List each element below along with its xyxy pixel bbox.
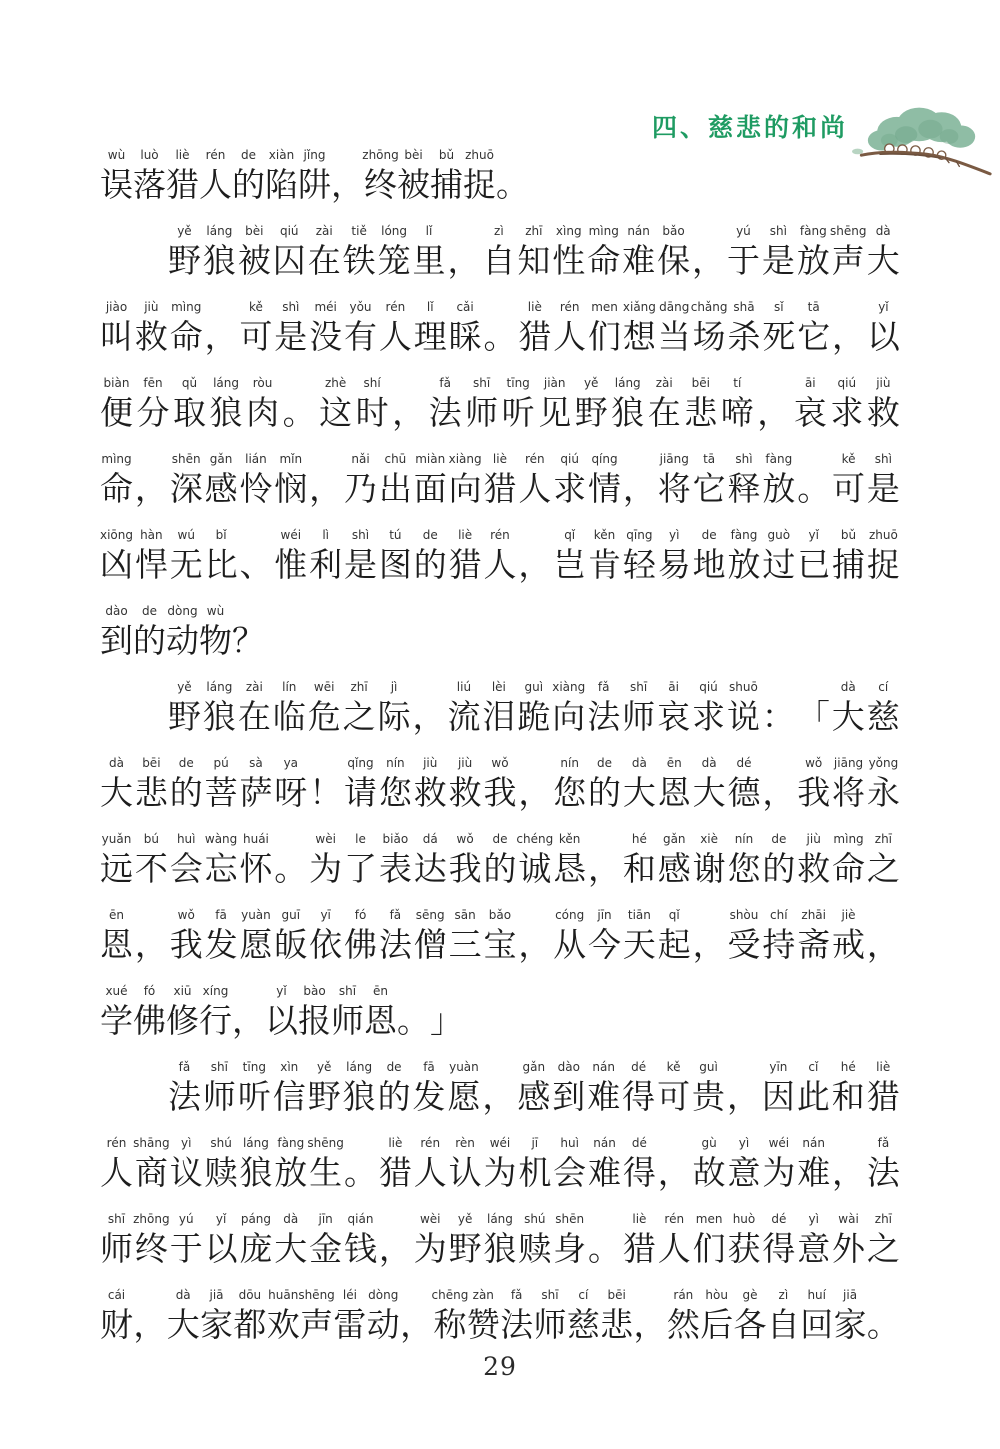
pinyin-annotation: huì [177, 832, 196, 847]
ruby-char: yě野 [168, 680, 201, 739]
chinese-character: 野 [449, 1227, 482, 1271]
pinyin-annotation: dà [283, 1212, 298, 1227]
ruby-char: qǐ起 [658, 908, 691, 967]
pinyin-annotation: nán [802, 1136, 825, 1151]
ruby-char: jiàn见 [538, 376, 571, 435]
ruby-char: de的 [414, 528, 447, 587]
ruby-char: láng狼 [611, 376, 644, 435]
chinese-character: 见 [538, 391, 571, 435]
chinese-character: 性 [552, 239, 585, 283]
pinyin-annotation: jiù [458, 756, 472, 771]
pinyin-annotation: qiú [699, 680, 718, 695]
ruby-char: shēng声 [300, 1288, 333, 1347]
ruby-char: bào报 [298, 984, 331, 1043]
ruby-char: shòu受 [727, 908, 760, 967]
chinese-character: 学 [100, 999, 133, 1043]
chinese-character: 远 [100, 847, 133, 891]
pinyin-annotation: dé [736, 756, 751, 771]
chinese-character: 法 [867, 1151, 900, 1195]
pinyin-annotation: wèi [420, 1212, 441, 1227]
pinyin-annotation: de [387, 1060, 402, 1075]
pinyin-annotation: fǎ [878, 1136, 890, 1151]
pinyin-annotation: dà [109, 756, 124, 771]
chinese-character: 误 [100, 163, 133, 207]
chinese-character: 发 [205, 923, 238, 967]
pinyin-annotation: jiàn [544, 376, 566, 391]
ruby-char: yǐ以 [867, 300, 900, 359]
chinese-character: 三 [449, 923, 482, 967]
pinyin-annotation: wù [108, 148, 125, 163]
pinyin-annotation: de [702, 528, 717, 543]
pinyin-annotation: zhuō [465, 148, 494, 163]
ruby-char: lín临 [273, 680, 306, 739]
chinese-character: 释 [727, 467, 760, 511]
pinyin-annotation: dá [423, 832, 438, 847]
ruby-char: láng狼 [203, 224, 236, 283]
ruby-char: léi雷 [333, 1288, 366, 1347]
ruby-char: chū出 [379, 452, 412, 511]
chinese-character: 」 [430, 999, 463, 1043]
chinese-character: 永 [867, 771, 900, 815]
ruby-char: cí慈 [867, 680, 900, 739]
ruby-char: nǎi乃 [344, 452, 377, 511]
chinese-character: 发 [413, 1075, 446, 1119]
ruby-char: yú于 [170, 1212, 203, 1271]
ruby-char: tiān天 [623, 908, 656, 967]
ruby-char: láng狼 [239, 1136, 272, 1195]
punctuation: ， [413, 680, 446, 739]
chinese-character: 猎 [449, 543, 482, 587]
pinyin-annotation: fā [215, 908, 227, 923]
chinese-character: ， [658, 1151, 691, 1195]
ruby-char: de的 [133, 604, 166, 663]
ruby-char: méi没 [309, 300, 342, 359]
chinese-character: 的 [170, 771, 203, 815]
punctuation: ， [447, 224, 480, 283]
pinyin-annotation: huí [807, 1288, 826, 1303]
chinese-character: 赎 [518, 1227, 551, 1271]
pinyin-annotation: huò [733, 1212, 756, 1227]
chinese-character: 您 [727, 847, 760, 891]
pinyin-annotation: jiù [876, 376, 890, 391]
chinese-character: 救 [867, 391, 900, 435]
chinese-character: 难 [588, 1151, 621, 1195]
pinyin-annotation: rén [107, 1136, 127, 1151]
chinese-character: 流 [447, 695, 480, 739]
pinyin-annotation: lǐ [426, 224, 433, 239]
pinyin-annotation: yǐ [216, 1212, 226, 1227]
pinyin-annotation: rèn [455, 1136, 475, 1151]
chinese-character: 人 [414, 1151, 447, 1195]
pinyin-annotation: chǎng [691, 300, 728, 315]
punctuation: 、 [239, 528, 272, 587]
pinyin-annotation: dé [631, 1060, 646, 1075]
chinese-character: 野 [168, 695, 201, 739]
pinyin-annotation: shī [211, 1060, 228, 1075]
chinese-character: 贵 [692, 1075, 725, 1119]
pinyin-annotation: guò [768, 528, 791, 543]
pinyin-annotation: men [696, 1212, 723, 1227]
ruby-char: zài在 [308, 224, 341, 283]
chinese-character: 人 [199, 163, 232, 207]
chinese-character: 得 [623, 1151, 656, 1195]
chinese-character: 钱 [344, 1227, 377, 1271]
chinese-character: 佛 [133, 999, 166, 1043]
pinyin-annotation: ēn [667, 756, 682, 771]
chinese-character: 报 [298, 999, 331, 1043]
chinese-character: 人 [518, 467, 551, 511]
pinyin-annotation: cí [578, 1288, 588, 1303]
ruby-char: láng狼 [210, 376, 243, 435]
text-line: wù误luò落liè猎rén人de的xiàn陷jǐng阱，zhōng终bèi被b… [100, 148, 900, 207]
pinyin-annotation: qíng [591, 452, 617, 467]
chinese-character: 在 [308, 239, 341, 283]
pinyin-annotation: sà [249, 756, 263, 771]
chinese-character: 命 [587, 239, 620, 283]
chinese-character: 、 [239, 543, 272, 587]
book-page: 四、慈悲的和尚 wù误luò落liè猎rén人de的xiàn [0, 0, 1000, 1449]
ruby-char: xiàn陷 [265, 148, 298, 207]
ruby-char: liè猎 [867, 1060, 900, 1119]
ruby-char: jiù救 [414, 756, 447, 815]
pinyin-annotation: zhī [875, 832, 892, 847]
pinyin-annotation: rén [420, 1136, 440, 1151]
chinese-character: ， [832, 1151, 865, 1195]
chinese-character: 我 [170, 923, 203, 967]
chinese-character: 理 [414, 315, 447, 359]
chinese-character: 庞 [239, 1227, 272, 1271]
chinese-character: 修 [166, 999, 199, 1043]
chinese-character: 猎 [623, 1227, 656, 1271]
ruby-char: láng狼 [343, 1060, 376, 1119]
pinyin-annotation: mìng [833, 832, 863, 847]
punctuation: ， [693, 908, 726, 967]
punctuation: ， [133, 1288, 166, 1347]
ruby-char: yì易 [658, 528, 691, 587]
chinese-character: 。 [283, 391, 316, 435]
pinyin-annotation: nán [592, 1060, 615, 1075]
ruby-char: shī师 [465, 376, 498, 435]
chinese-character: 师 [622, 695, 655, 739]
ruby-char: huái怀 [239, 832, 272, 891]
ruby-char: láng狼 [483, 1212, 516, 1271]
pinyin-annotation: mìng [589, 224, 619, 239]
pinyin-annotation: dà [841, 680, 856, 695]
chinese-character: 感 [205, 467, 238, 511]
chinese-character: 听 [502, 391, 535, 435]
chinese-character: 落 [133, 163, 166, 207]
pinyin-annotation: láng [206, 224, 232, 239]
chinese-character: 之 [867, 847, 900, 891]
ruby-char: qiú求 [830, 376, 863, 435]
ruby-char: huí回 [800, 1288, 833, 1347]
ruby-char: sà萨 [239, 756, 272, 815]
chinese-character: 意 [797, 1227, 830, 1271]
chinese-character: 已 [797, 543, 830, 587]
ruby-char: xiàng向 [552, 680, 585, 739]
chinese-character: 的 [232, 163, 265, 207]
chinese-character: 后 [700, 1303, 733, 1347]
pinyin-annotation: liè [528, 300, 542, 315]
ruby-char: dào到 [552, 1060, 585, 1119]
ruby-char: yǒng永 [867, 756, 900, 815]
pinyin-annotation: qǐng [347, 756, 373, 771]
ruby-char: zhuō捉 [867, 528, 900, 587]
ruby-char: gù故 [693, 1136, 726, 1195]
pinyin-annotation: láng [213, 376, 239, 391]
pinyin-annotation: liè [175, 148, 189, 163]
pinyin-annotation: kě [249, 300, 263, 315]
pinyin-annotation: liè [458, 528, 472, 543]
chinese-character: 法 [168, 1075, 201, 1119]
pinyin-annotation: jiào [106, 300, 127, 315]
ruby-char: shī师 [622, 680, 655, 739]
punctuation: ， [518, 756, 551, 815]
ruby-char: dà大 [693, 756, 726, 815]
punctuation: ， [518, 528, 551, 587]
punctuation: ？ [232, 604, 265, 663]
punctuation: ， [135, 452, 168, 511]
chinese-character: 因 [762, 1075, 795, 1119]
ruby-char: wèi为 [414, 1212, 447, 1271]
pinyin-annotation: rén [490, 528, 510, 543]
ruby-char: shī师 [100, 1212, 133, 1271]
ruby-char: zhī之 [343, 680, 376, 739]
chinese-character: 今 [588, 923, 621, 967]
ruby-char: shì是 [274, 300, 307, 359]
chinese-character: 财 [100, 1303, 133, 1347]
ruby-char: ròu肉 [246, 376, 279, 435]
chinese-character: 悍 [135, 543, 168, 587]
ruby-char: lóng笼 [378, 224, 411, 283]
chinese-character: 信 [273, 1075, 306, 1119]
ruby-char: yě野 [575, 376, 608, 435]
pinyin-annotation: tā [703, 452, 715, 467]
chinese-character: 陷 [265, 163, 298, 207]
chinese-character: 师 [203, 1075, 236, 1119]
ruby-char: lèi泪 [482, 680, 515, 739]
chinese-character: 终 [364, 163, 397, 207]
ruby-char: āi哀 [794, 376, 827, 435]
ruby-char: shì是 [867, 452, 900, 511]
chinese-character: 狼 [210, 391, 243, 435]
chinese-character: ？ [232, 619, 265, 663]
text-line: yuǎn远bú不huì会wàng忘huái怀。wèi为le了biǎo表dá达wǒ… [100, 832, 900, 891]
pinyin-annotation: wài [838, 1212, 859, 1227]
pinyin-annotation: āi [668, 680, 679, 695]
pinyin-annotation: wéi [490, 1136, 511, 1151]
chinese-character: 于 [727, 239, 760, 283]
ruby-char: jǐng阱 [298, 148, 331, 207]
pinyin-annotation: xiǎng [623, 300, 656, 315]
pinyin-annotation: shēn [555, 1212, 584, 1227]
chinese-character: ， [482, 1075, 515, 1119]
ruby-char: shī师 [533, 1288, 566, 1347]
chinese-character: 狼 [203, 695, 236, 739]
pinyin-annotation: rén [386, 300, 406, 315]
chinese-character: ， [205, 315, 238, 359]
chinese-character: 物 [199, 619, 232, 663]
chinese-character: 岂 [553, 543, 586, 587]
chinese-character: 会 [170, 847, 203, 891]
pinyin-annotation: wéi [769, 1136, 790, 1151]
punctuation: ： [762, 680, 795, 739]
chinese-character: 金 [309, 1227, 342, 1271]
punctuation: ， [832, 300, 865, 359]
pinyin-annotation: bào [303, 984, 325, 999]
chinese-character: 怀 [239, 847, 272, 891]
chinese-character: 宝 [483, 923, 516, 967]
ruby-char: pú菩 [205, 756, 238, 815]
pinyin-annotation: yì [181, 1136, 191, 1151]
ruby-char: jiù救 [135, 300, 168, 359]
ruby-char: jiè戒 [832, 908, 865, 967]
ruby-char: ēn恩 [100, 908, 133, 967]
chinese-character: 易 [658, 543, 691, 587]
chinese-character: 将 [832, 771, 865, 815]
ruby-char: xìng性 [552, 224, 585, 283]
chinese-character: 狼 [239, 1151, 272, 1195]
pinyin-annotation: shú [524, 1212, 545, 1227]
pinyin-annotation: xiàng [552, 680, 585, 695]
chinese-character: 听 [238, 1075, 271, 1119]
chinese-character: 于 [170, 1227, 203, 1271]
pinyin-annotation: yě [458, 1212, 472, 1227]
pinyin-annotation: dōu [239, 1288, 262, 1303]
pinyin-annotation: yì [808, 1212, 818, 1227]
chinese-character: 求 [830, 391, 863, 435]
chinese-character: 达 [414, 847, 447, 891]
ruby-char: gè各 [734, 1288, 767, 1347]
chinese-character: 凶 [100, 543, 133, 587]
ruby-char: qīng轻 [623, 528, 656, 587]
chinese-character: 德 [727, 771, 760, 815]
pinyin-annotation: yě [584, 376, 598, 391]
chinese-character: 放 [727, 543, 760, 587]
chinese-character: 行 [199, 999, 232, 1043]
chinese-character: ！ [309, 771, 342, 815]
chinese-character: ， [588, 847, 621, 891]
pinyin-annotation: láng [487, 1212, 513, 1227]
ruby-char: de的 [378, 1060, 411, 1119]
chinese-character: 这 [319, 391, 352, 435]
pinyin-annotation: jī [531, 1136, 538, 1151]
chinese-character: 意 [727, 1151, 760, 1195]
chinese-character: 大 [832, 695, 865, 739]
pinyin-annotation: kěn [594, 528, 616, 543]
punctuation: ， [634, 1288, 667, 1347]
ruby-char: lián怜 [239, 452, 272, 511]
punctuation: ， [309, 452, 342, 511]
pinyin-annotation: biǎo [383, 832, 409, 847]
ruby-char: dòng动 [166, 604, 199, 663]
pinyin-annotation: bǔ [841, 528, 856, 543]
text-line: dà大bēi悲de的pú菩sà萨ya呀！qǐng请nín您jiù救jiù救wǒ我… [100, 756, 900, 815]
ruby-char: xìn信 [273, 1060, 306, 1119]
chinese-character: 到 [100, 619, 133, 663]
chinese-character: 。 [483, 315, 516, 359]
ruby-char: shú赎 [518, 1212, 551, 1271]
ruby-char: hé和 [623, 832, 656, 891]
chinese-character: 说 [727, 695, 760, 739]
ruby-char: xiǎng想 [623, 300, 656, 359]
ruby-char: mìng命 [170, 300, 203, 359]
chinese-character: 肯 [588, 543, 621, 587]
pinyin-annotation: le [355, 832, 366, 847]
chinese-character: 场 [693, 315, 726, 359]
pinyin-annotation: shēng [307, 1136, 343, 1151]
chinese-character: ， [634, 1303, 667, 1347]
punctuation: ， [331, 148, 364, 207]
chinese-character: 我 [797, 771, 830, 815]
pinyin-annotation: bú [144, 832, 159, 847]
pinyin-annotation: rén [525, 452, 545, 467]
chinese-character: 的 [414, 543, 447, 587]
chinese-character: 自 [767, 1303, 800, 1347]
chinese-character: ， [232, 999, 265, 1043]
pinyin-annotation: yuàn [449, 1060, 479, 1075]
chinese-character: 是 [762, 239, 795, 283]
pinyin-annotation: qǔ [182, 376, 197, 391]
chinese-character: 放 [274, 1151, 307, 1195]
ruby-char: guī皈 [274, 908, 307, 967]
pinyin-annotation: gǎn [663, 832, 686, 847]
chinese-character: 阱 [298, 163, 331, 207]
pinyin-annotation: bèi [404, 148, 422, 163]
pinyin-annotation: yě [177, 224, 191, 239]
chinese-character: 无 [170, 543, 203, 587]
chinese-character: 愿 [447, 1075, 480, 1119]
chinese-character: 轻 [623, 543, 656, 587]
pinyin-annotation: cí [878, 680, 888, 695]
chinese-character: 皈 [274, 923, 307, 967]
chinese-character: ， [447, 239, 480, 283]
pinyin-annotation: hé [632, 832, 647, 847]
chinese-character: 可 [657, 1075, 690, 1119]
chinese-character: 悲 [684, 391, 717, 435]
ruby-char: xiè谢 [693, 832, 726, 891]
ruby-char: wéi为 [483, 1136, 516, 1195]
ruby-char: wǒ我 [797, 756, 830, 815]
pinyin-annotation: dòng [167, 604, 197, 619]
pinyin-annotation: nán [627, 224, 650, 239]
ruby-char: yì意 [727, 1136, 760, 1195]
ruby-char: bēi悲 [135, 756, 168, 815]
pinyin-annotation: huì [560, 1136, 579, 1151]
chinese-character: ， [135, 923, 168, 967]
pinyin-annotation: dòng [368, 1288, 398, 1303]
chinese-character: 捉 [867, 543, 900, 587]
pinyin-annotation: sǐ [774, 300, 784, 315]
ruby-char: dà大 [623, 756, 656, 815]
chinese-character: 悲 [600, 1303, 633, 1347]
pinyin-annotation: rén [206, 148, 226, 163]
ruby-char: páng庞 [239, 1212, 272, 1271]
chinese-character: 商 [135, 1151, 168, 1195]
chinese-character: 赎 [205, 1151, 238, 1195]
pinyin-annotation: nín [735, 832, 754, 847]
chinese-character: 都 [233, 1303, 266, 1347]
punctuation: ， [482, 1060, 515, 1119]
pinyin-annotation: láng [615, 376, 641, 391]
ruby-char: cái财 [100, 1288, 133, 1347]
chinese-character: 呀 [274, 771, 307, 815]
ruby-char: shì是 [344, 528, 377, 587]
chinese-character: 放 [797, 239, 830, 283]
pinyin-annotation: wēi [314, 680, 335, 695]
chinese-character: 声 [832, 239, 865, 283]
ruby-char: gǎn感 [205, 452, 238, 511]
